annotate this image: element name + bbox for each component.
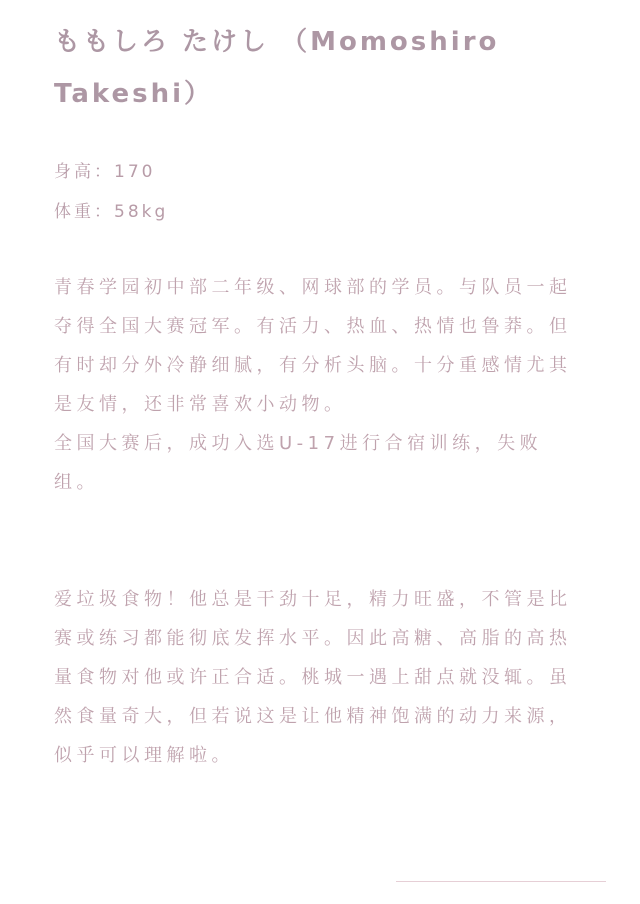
- stat-weight: 体重：58kg: [54, 192, 168, 232]
- bio-paragraph-food: 爱垃圾食物！他总是干劲十足，精力旺盛，不管是比赛或练习都能彻底发挥水平。因此高糖…: [54, 580, 584, 775]
- profile-page: ももしろ たけし （Momoshiro Takeshi） 身高：170 体重：5…: [0, 0, 640, 904]
- bio-text: 爱垃圾食物！他总是干劲十足，精力旺盛，不管是比赛或练习都能彻底发挥水平。因此高糖…: [54, 580, 584, 775]
- bio-text: 青春学园初中部二年级、网球部的学员。与队员一起夺得全国大赛冠军。有活力、热血、热…: [54, 268, 584, 424]
- bio-text: 全国大赛后，成功入选U-17进行合宿训练，失败组。: [54, 424, 584, 502]
- stat-height-value: 170: [114, 162, 155, 182]
- character-name-title: ももしろ たけし （Momoshiro Takeshi）: [54, 16, 594, 120]
- bio-paragraph-background: 青春学园初中部二年级、网球部的学员。与队员一起夺得全国大赛冠军。有活力、热血、热…: [54, 268, 584, 502]
- stat-weight-label: 体重：: [54, 202, 114, 222]
- stat-height-label: 身高：: [54, 162, 114, 182]
- stat-weight-value: 58kg: [114, 202, 168, 222]
- character-stats: 身高：170 体重：58kg: [54, 152, 168, 232]
- footer-divider: [396, 881, 606, 882]
- stat-height: 身高：170: [54, 152, 168, 192]
